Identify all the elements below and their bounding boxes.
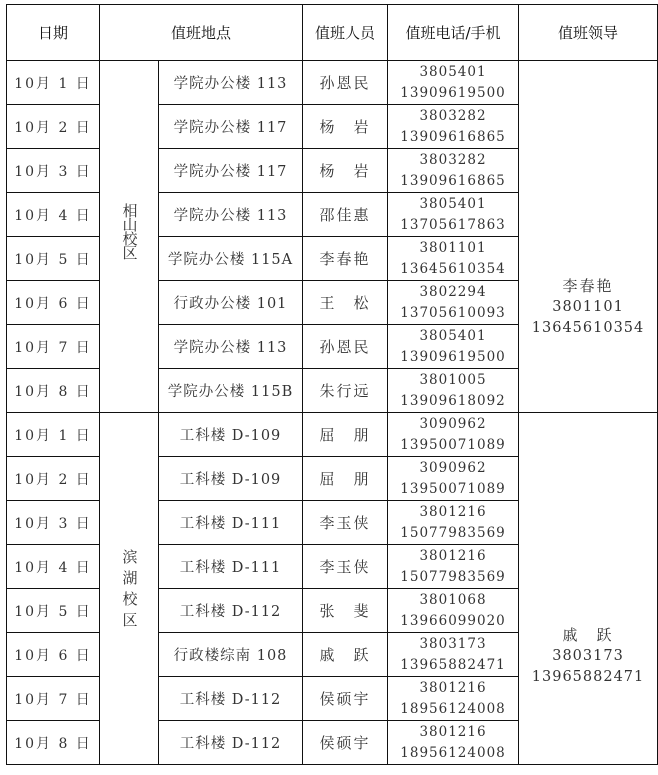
office-phone: 3805401: [388, 326, 518, 347]
office-phone: 3805401: [388, 62, 518, 83]
phone-cell: 3805401 13909619500: [388, 61, 519, 105]
phone-cell: 3802294 13705610093: [388, 281, 519, 325]
office-phone: 3801216: [388, 546, 518, 567]
location-cell: 工科楼 D-112: [159, 677, 303, 721]
campus-name: 滨湖校区: [122, 549, 137, 633]
date-cell: 10月 2 日: [7, 105, 100, 149]
header-phone: 值班电话/手机: [388, 5, 519, 61]
staff-cell: 李玉侠: [303, 545, 388, 589]
location-cell: 行政办公楼 101: [159, 281, 303, 325]
location-cell: 学院办公楼 115A: [159, 237, 303, 281]
mobile-phone: 13909619500: [388, 83, 518, 104]
staff-cell: 李玉侠: [303, 501, 388, 545]
phone-cell: 3803282 13909616865: [388, 105, 519, 149]
phone-cell: 3803173 13965882471: [388, 633, 519, 677]
staff-cell: 屈 朋: [303, 413, 388, 457]
date-cell: 10月 8 日: [7, 369, 100, 413]
date-cell: 10月 5 日: [7, 237, 100, 281]
office-phone: 3801216: [388, 502, 518, 523]
staff-cell: 朱行远: [303, 369, 388, 413]
date-cell: 10月 5 日: [7, 589, 100, 633]
phone-cell: 3801216 18956124008: [388, 721, 519, 765]
leader-mobile: 13645610354: [519, 318, 657, 339]
leader-office-phone: 3801101: [519, 297, 657, 318]
date-cell: 10月 8 日: [7, 721, 100, 765]
mobile-phone: 15077983569: [388, 567, 518, 588]
location-cell: 工科楼 D-109: [159, 457, 303, 501]
leader-cell: 戚 跃 3803173 13965882471: [519, 413, 658, 765]
header-row: 日期 值班地点 值班人员 值班电话/手机 值班领导: [7, 5, 658, 61]
location-cell: 学院办公楼 113: [159, 325, 303, 369]
mobile-phone: 13966099020: [388, 611, 518, 632]
office-phone: 3805401: [388, 194, 518, 215]
location-cell: 学院办公楼 115B: [159, 369, 303, 413]
location-cell: 学院办公楼 113: [159, 61, 303, 105]
leader-mobile: 13965882471: [519, 667, 657, 688]
leader-name: 李春艳: [519, 276, 657, 297]
phone-cell: 3801068 13966099020: [388, 589, 519, 633]
office-phone: 3801005: [388, 370, 518, 391]
phone-cell: 3090962 13950071089: [388, 413, 519, 457]
location-cell: 学院办公楼 117: [159, 149, 303, 193]
staff-cell: 杨 岩: [303, 105, 388, 149]
phone-cell: 3801005 13909618092: [388, 369, 519, 413]
date-cell: 10月 7 日: [7, 677, 100, 721]
mobile-phone: 18956124008: [388, 699, 518, 720]
campus-name: 相山校区: [122, 203, 137, 259]
location-cell: 工科楼 D-112: [159, 721, 303, 765]
date-cell: 10月 4 日: [7, 545, 100, 589]
office-phone: 3801101: [388, 238, 518, 259]
staff-cell: 侯硕宇: [303, 721, 388, 765]
table-row: 10月 1 日 相山校区 学院办公楼 113 孙恩民 3805401 13909…: [7, 61, 658, 105]
phone-cell: 3805401 13909619500: [388, 325, 519, 369]
office-phone: 3801216: [388, 722, 518, 743]
leader-name: 戚 跃: [519, 625, 657, 646]
date-cell: 10月 1 日: [7, 413, 100, 457]
mobile-phone: 13965882471: [388, 655, 518, 676]
mobile-phone: 13909619500: [388, 347, 518, 368]
phone-cell: 3801216 15077983569: [388, 501, 519, 545]
date-cell: 10月 7 日: [7, 325, 100, 369]
date-cell: 10月 1 日: [7, 61, 100, 105]
mobile-phone: 13705610093: [388, 303, 518, 324]
location-cell: 工科楼 D-109: [159, 413, 303, 457]
phone-cell: 3801216 18956124008: [388, 677, 519, 721]
office-phone: 3803282: [388, 150, 518, 171]
staff-cell: 孙恩民: [303, 325, 388, 369]
date-cell: 10月 6 日: [7, 633, 100, 677]
office-phone: 3803282: [388, 106, 518, 127]
campus-cell: 滨湖校区: [100, 413, 159, 765]
leader-info: 戚 跃 3803173 13965882471: [519, 625, 657, 688]
mobile-phone: 13950071089: [388, 479, 518, 500]
staff-cell: 孙恩民: [303, 61, 388, 105]
mobile-phone: 15077983569: [388, 523, 518, 544]
table-row: 10月 1 日 滨湖校区 工科楼 D-109 屈 朋 3090962 13950…: [7, 413, 658, 457]
campus-cell: 相山校区: [100, 61, 159, 413]
phone-cell: 3801101 13645610354: [388, 237, 519, 281]
mobile-phone: 18956124008: [388, 743, 518, 764]
location-cell: 学院办公楼 113: [159, 193, 303, 237]
phone-cell: 3801216 15077983569: [388, 545, 519, 589]
staff-cell: 戚 跃: [303, 633, 388, 677]
location-cell: 行政楼综南 108: [159, 633, 303, 677]
mobile-phone: 13909618092: [388, 391, 518, 412]
office-phone: 3090962: [388, 458, 518, 479]
staff-cell: 王 松: [303, 281, 388, 325]
date-cell: 10月 6 日: [7, 281, 100, 325]
staff-cell: 张 斐: [303, 589, 388, 633]
staff-cell: 邵佳惠: [303, 193, 388, 237]
location-cell: 工科楼 D-111: [159, 501, 303, 545]
office-phone: 3090962: [388, 414, 518, 435]
staff-cell: 杨 岩: [303, 149, 388, 193]
phone-cell: 3805401 13705617863: [388, 193, 519, 237]
office-phone: 3802294: [388, 282, 518, 303]
header-staff: 值班人员: [303, 5, 388, 61]
location-cell: 工科楼 D-112: [159, 589, 303, 633]
phone-cell: 3803282 13909616865: [388, 149, 519, 193]
location-cell: 工科楼 D-111: [159, 545, 303, 589]
leader-info: 李春艳 3801101 13645610354: [519, 276, 657, 339]
date-cell: 10月 2 日: [7, 457, 100, 501]
staff-cell: 屈 朋: [303, 457, 388, 501]
office-phone: 3801216: [388, 678, 518, 699]
office-phone: 3803173: [388, 634, 518, 655]
mobile-phone: 13909616865: [388, 127, 518, 148]
header-location: 值班地点: [100, 5, 303, 61]
duty-roster-table: 日期 值班地点 值班人员 值班电话/手机 值班领导 10月 1 日 相山校区 学…: [6, 4, 658, 765]
staff-cell: 侯硕宇: [303, 677, 388, 721]
header-leader: 值班领导: [519, 5, 658, 61]
office-phone: 3801068: [388, 590, 518, 611]
phone-cell: 3090962 13950071089: [388, 457, 519, 501]
mobile-phone: 13909616865: [388, 171, 518, 192]
mobile-phone: 13705617863: [388, 215, 518, 236]
leader-cell: 李春艳 3801101 13645610354: [519, 61, 658, 413]
mobile-phone: 13645610354: [388, 259, 518, 280]
staff-cell: 李春艳: [303, 237, 388, 281]
mobile-phone: 13950071089: [388, 435, 518, 456]
date-cell: 10月 3 日: [7, 149, 100, 193]
leader-office-phone: 3803173: [519, 646, 657, 667]
location-cell: 学院办公楼 117: [159, 105, 303, 149]
header-date: 日期: [7, 5, 100, 61]
date-cell: 10月 3 日: [7, 501, 100, 545]
date-cell: 10月 4 日: [7, 193, 100, 237]
